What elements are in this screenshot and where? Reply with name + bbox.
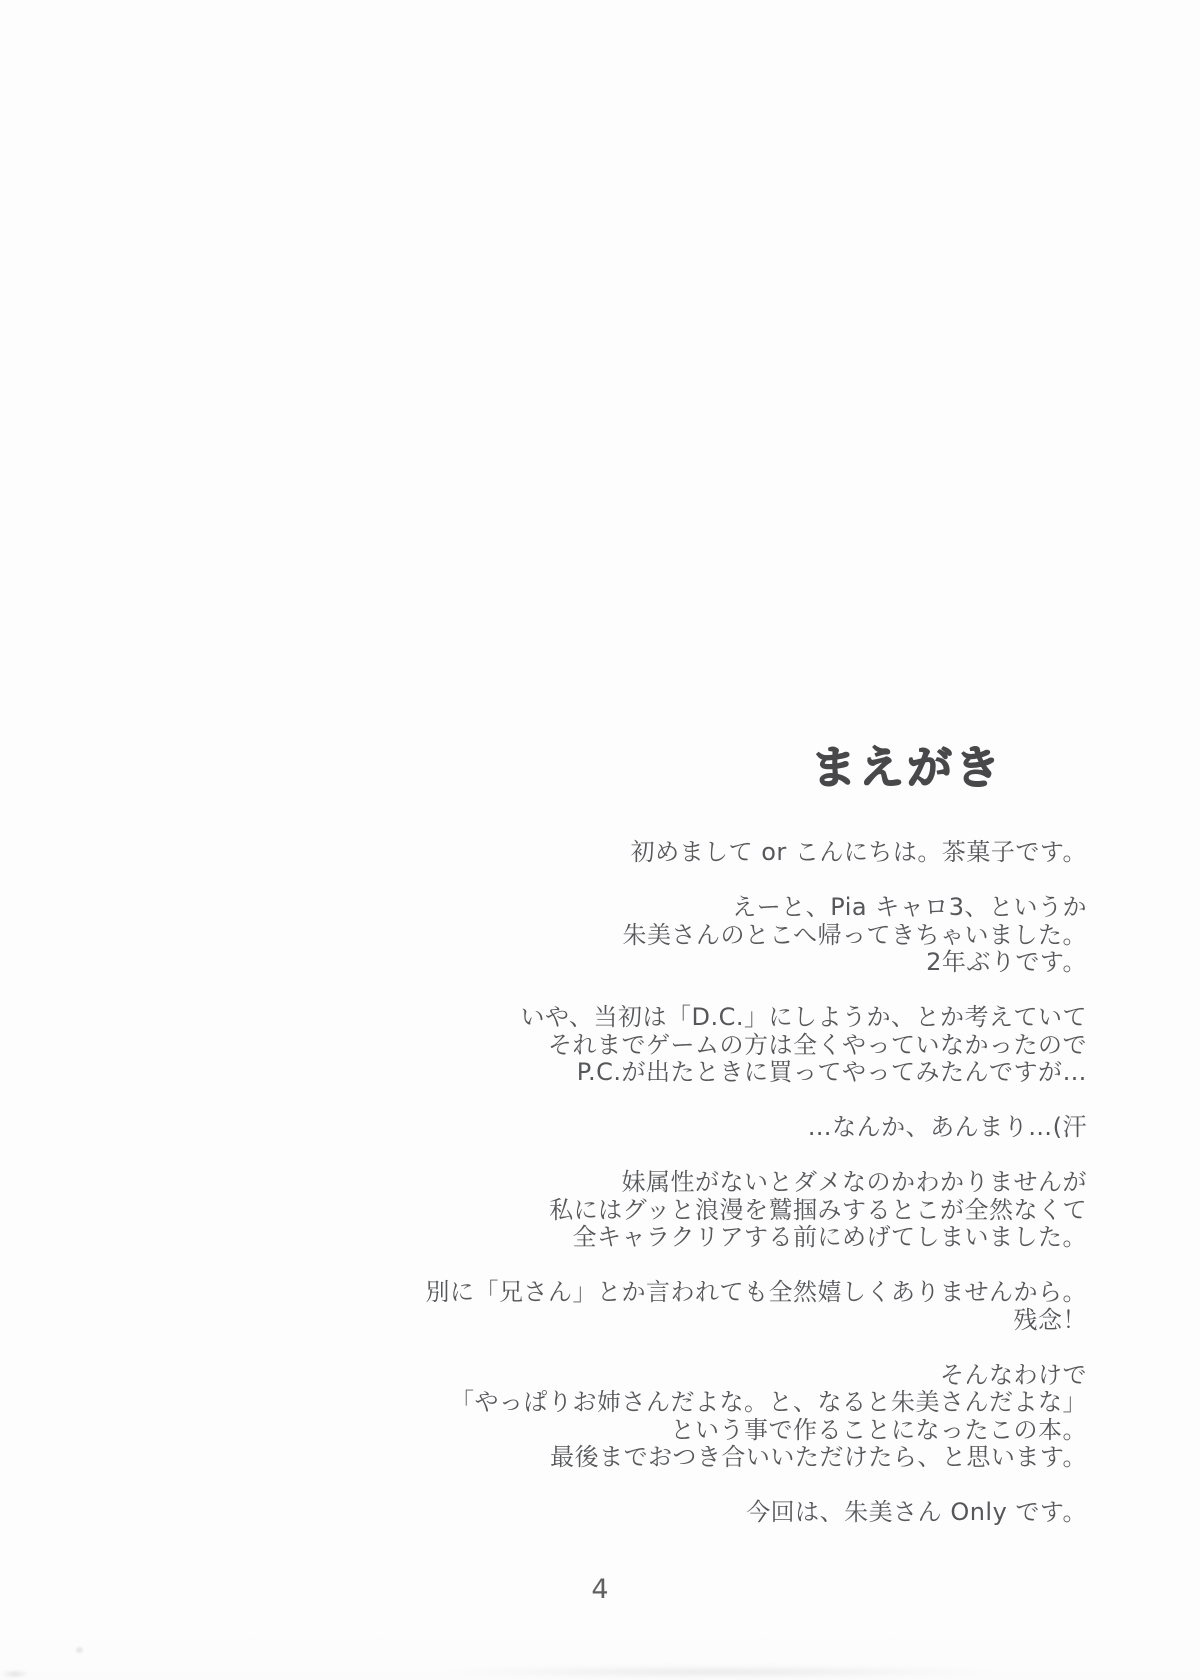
paragraph: …なんか、あんまり…(汗: [0, 1114, 1087, 1142]
text-line: 別に「兄さん」とか言われても全然嬉しくありませんから。: [0, 1279, 1087, 1307]
text-line: いや、当初は「D.C.」にしようか、とか考えていて: [0, 1004, 1087, 1032]
text-line: 初めまして or こんにちは。茶菓子です。: [0, 839, 1087, 867]
text-line: 「やっぱりお姉さんだよな。と、なると朱美さんだよな」: [0, 1389, 1087, 1417]
text-line: 今回は、朱美さん Only です。: [0, 1499, 1087, 1527]
text-line: 2年ぶりです。: [0, 949, 1087, 977]
paragraph: 今回は、朱美さん Only です。: [0, 1499, 1087, 1527]
scanned-doujinshi-page: まえがき 初めまして or こんにちは。茶菓子です。 えーと、Pia キャロ3、…: [0, 0, 1200, 1680]
page-number: 4: [0, 1576, 1200, 1604]
scan-smudge: [2, 1670, 28, 1678]
text-line: 妹属性がないとダメなのかわかりませんが: [0, 1169, 1087, 1197]
paragraph: そんなわけで 「やっぱりお姉さんだよな。と、なると朱美さんだよな」 という事で作…: [0, 1362, 1087, 1472]
text-line: そんなわけで: [0, 1362, 1087, 1390]
text-line: 最後までおつき合いいただけたら、と思います。: [0, 1444, 1087, 1472]
text-line: …なんか、あんまり…(汗: [0, 1114, 1087, 1142]
text-line: それまでゲームの方は全くやっていなかったので: [0, 1032, 1087, 1060]
text-line: という事で作ることになったこの本。: [0, 1417, 1087, 1445]
text-line: 朱美さんのとこへ帰ってきちゃいました。: [0, 922, 1087, 950]
text-line: 全キャラクリアする前にめげてしまいました。: [0, 1224, 1087, 1252]
scan-speck: [76, 1647, 83, 1653]
preface-text-block: 初めまして or こんにちは。茶菓子です。 えーと、Pia キャロ3、というか …: [0, 839, 1087, 1554]
scan-smudge: [440, 1666, 1000, 1678]
paragraph: 別に「兄さん」とか言われても全然嬉しくありませんから。 残念！: [0, 1279, 1087, 1334]
page-title: まえがき: [0, 744, 1003, 792]
paragraph: 初めまして or こんにちは。茶菓子です。: [0, 839, 1087, 867]
text-line: 私にはグッと浪漫を鷲掴みするとこが全然なくて: [0, 1197, 1087, 1225]
text-line: えーと、Pia キャロ3、というか: [0, 894, 1087, 922]
text-line: 残念！: [0, 1307, 1087, 1335]
paragraph: いや、当初は「D.C.」にしようか、とか考えていて それまでゲームの方は全くやっ…: [0, 1004, 1087, 1087]
text-line: P.C.が出たときに買ってやってみたんですが…: [0, 1059, 1087, 1087]
paragraph: えーと、Pia キャロ3、というか 朱美さんのとこへ帰ってきちゃいました。 2年…: [0, 894, 1087, 977]
paragraph: 妹属性がないとダメなのかわかりませんが 私にはグッと浪漫を鷲掴みするとこが全然な…: [0, 1169, 1087, 1252]
